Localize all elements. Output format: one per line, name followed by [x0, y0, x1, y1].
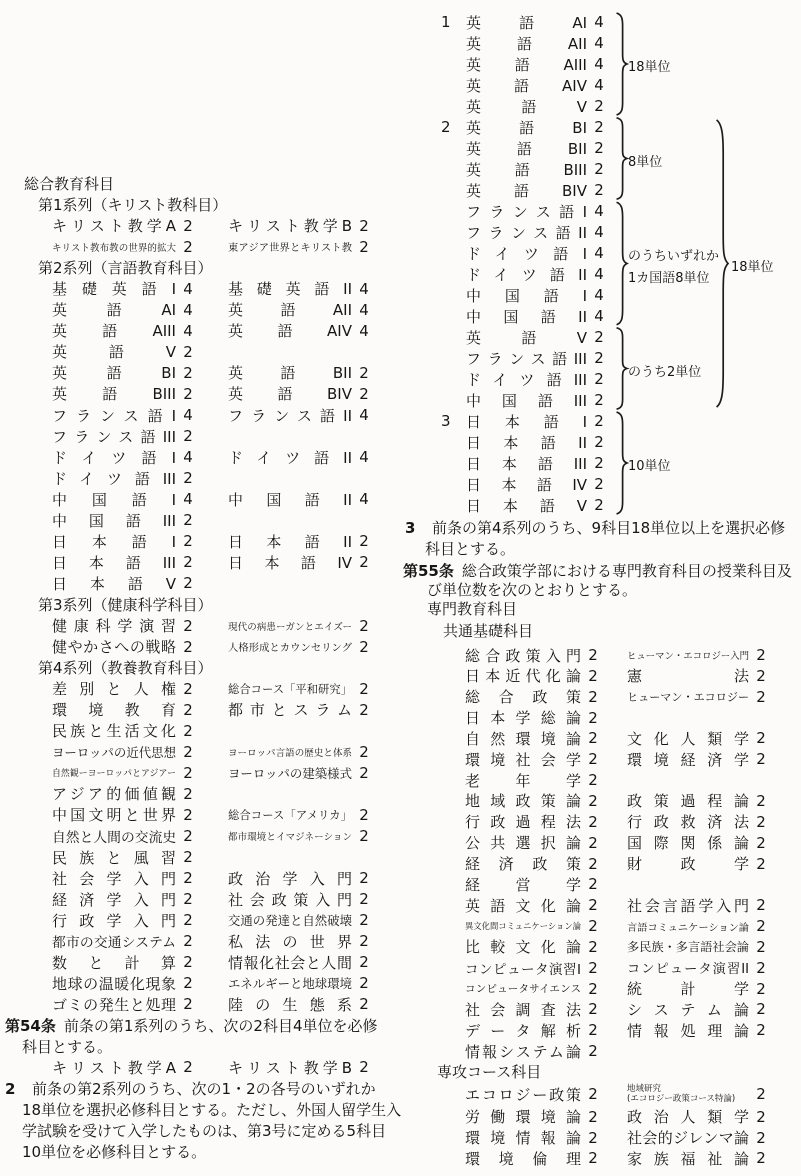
- course-row: 英語V2: [0, 341, 400, 362]
- course-name: 環境経済学: [627, 749, 749, 770]
- course-name: 環境倫理: [465, 1148, 581, 1169]
- course-credits: 2: [585, 688, 601, 706]
- course-row: コンピュータサイエンス2統計学2: [465, 978, 769, 999]
- course-credits: 2: [356, 764, 372, 782]
- course-name: 経済政策: [465, 853, 581, 874]
- course-credits: 2: [585, 1000, 601, 1018]
- item-number: 2: [441, 118, 466, 136]
- course-credits: 2: [180, 1058, 196, 1076]
- course-name: エコロジー政策: [465, 1084, 581, 1105]
- course-credits: 2: [180, 469, 196, 487]
- course-credits: 2: [591, 328, 607, 346]
- course-row: 労働環境論2政治人類学2: [465, 1106, 769, 1127]
- course-row: 中国語I4中国語II4: [0, 489, 400, 510]
- course-row: 公共選択論2国際関係論2: [465, 832, 769, 853]
- course-row: フランス語I4フランス語II4: [0, 405, 400, 426]
- course-name: ヨーロッパの近代思想: [52, 743, 176, 761]
- course-credits: 4: [591, 286, 607, 304]
- course-credits: 2: [180, 385, 196, 403]
- article-55-line: び単位数を次のとおりとする。: [427, 579, 637, 600]
- course-name: 現代の病患ーガンとエイズー: [228, 619, 352, 633]
- paragraph-2-line: 学試験を受けて入学したものは、第3号に定める5科目: [0, 1120, 400, 1141]
- course-row: フランス語II4: [441, 222, 607, 243]
- group-brace: [716, 117, 728, 410]
- course-credits: 2: [591, 496, 607, 514]
- course-row: キリスト教布教の世界的拡大2東アジア世界とキリスト教2: [0, 236, 400, 257]
- course-name: アジア的価値観: [52, 783, 176, 804]
- course-name: 比較文化論: [465, 936, 581, 957]
- course-credits: 4: [356, 322, 372, 340]
- paragraph-2-line: 18単位を選択必修科目とする。ただし、外国人留学生入: [0, 1099, 400, 1120]
- course-row: 中国語II4: [441, 306, 607, 327]
- course-row: 英語V2: [441, 96, 607, 117]
- course-name: 社会言語学入門: [627, 895, 749, 916]
- course-credits: 2: [356, 364, 372, 382]
- course-row: 日本語V2: [0, 573, 400, 594]
- course-credits: 4: [180, 406, 196, 424]
- course-name: コンピュータ演習II: [627, 958, 749, 977]
- course-name: 憲法: [627, 665, 749, 686]
- course-name: フランス語III: [466, 348, 587, 369]
- group-brace: [616, 12, 627, 116]
- course-row: 社会調査法2システム論2: [465, 999, 769, 1020]
- course-row: エコロジー政策2地域研究(エコロジー政策コース特論)2: [465, 1084, 769, 1105]
- group-brace: [616, 411, 627, 515]
- course-row: 経営学2: [465, 874, 769, 895]
- course-credits: 2: [591, 118, 607, 136]
- course-row: 環境情報論2社会的ジレンマ論2: [465, 1127, 769, 1148]
- course-row: 数と計算2情報化社会と人間2: [0, 952, 400, 973]
- course-credits: 2: [356, 532, 372, 550]
- course-credits: 2: [356, 743, 372, 761]
- course-name: 都市の交通システム: [52, 931, 176, 951]
- course-row: 健康科学演習2現代の病患ーガンとエイズー2: [0, 615, 400, 636]
- course-name: 統計学: [627, 978, 749, 999]
- course-credits: 4: [591, 55, 607, 73]
- course-name: エネルギーと地球環境: [228, 974, 352, 992]
- course-credits: 2: [753, 1000, 769, 1018]
- course-credits: 4: [356, 406, 372, 424]
- course-credits: 2: [753, 667, 769, 685]
- course-name: 英語AII: [228, 299, 352, 320]
- course-row: アジア的価値観2: [0, 783, 400, 804]
- course-credits: 2: [753, 1021, 769, 1039]
- course-name: 多民族・多言語社会論: [627, 938, 749, 955]
- course-row: フランス語I4: [441, 201, 607, 222]
- course-credits: 2: [585, 1129, 601, 1147]
- course-credits: 2: [180, 638, 196, 656]
- course-credits: 2: [591, 370, 607, 388]
- course-row: 基礎英語I4基礎英語II4: [0, 278, 400, 299]
- course-name: フランス語II: [466, 222, 587, 243]
- paragraph-2-line: 10単位を必修科目とする。: [0, 1141, 400, 1162]
- course-name: 中国文明と世界: [52, 804, 176, 825]
- course-name: 英語文化論: [465, 895, 581, 916]
- course-credits: 2: [356, 827, 372, 845]
- course-name: フランス語III: [52, 426, 176, 447]
- course-row: 英語AIII4: [441, 54, 607, 75]
- course-name: 都市環境とイマジネーション: [228, 829, 352, 843]
- course-credits: 2: [591, 475, 607, 493]
- course-credits: 2: [591, 391, 607, 409]
- course-name: 日本学総論: [465, 707, 581, 728]
- course-name: 英語V: [52, 341, 176, 362]
- course-name: キリスト教学B: [228, 1057, 352, 1078]
- course-credits: 4: [180, 322, 196, 340]
- course-row: 日本語III2日本語IV2: [0, 552, 400, 573]
- course-credits: 4: [591, 244, 607, 262]
- course-name: 地球の温暖化現象: [52, 973, 176, 994]
- course-credits: 2: [753, 917, 769, 935]
- course-credits: 2: [180, 680, 196, 698]
- course-credits: 4: [591, 76, 607, 94]
- course-name: ヒューマン・エコロジー入門: [627, 648, 749, 662]
- heading-specialized-subjects: 専門教育科目: [427, 598, 517, 619]
- course-name: 差別と人権: [52, 678, 176, 699]
- course-row: 日本語IV2: [441, 474, 607, 495]
- course-name: ヨーロッパ言語の歴史と体系: [228, 745, 352, 759]
- course-credits: 2: [585, 917, 601, 935]
- course-credits: 4: [591, 13, 607, 31]
- course-name: 総合政策: [465, 686, 581, 707]
- course-credits: 2: [585, 646, 601, 664]
- course-row: 中国語III2: [0, 510, 400, 531]
- course-name: ゴミの発生と処理: [52, 994, 176, 1015]
- course-name: フランス語I: [52, 405, 176, 426]
- course-credits: 2: [753, 729, 769, 747]
- course-name: 英語AIII: [466, 54, 587, 75]
- course-name: 英語AII: [466, 33, 587, 54]
- course-name: コンピュータ演習I: [465, 958, 581, 978]
- course-credits: 2: [753, 959, 769, 977]
- course-credits: 4: [180, 448, 196, 466]
- course-name: 家族福祉論: [627, 1148, 749, 1169]
- course-name: 東アジア世界とキリスト教: [228, 239, 352, 254]
- course-name: 英語BII: [228, 362, 352, 383]
- course-name: 基礎英語II: [228, 278, 352, 299]
- course-name: 環境社会学: [465, 749, 581, 770]
- course-name: 中国語III: [466, 390, 587, 411]
- course-name-line: (エコロジー政策コース特論): [627, 1094, 749, 1104]
- course-row: ドイツ語III2: [441, 369, 607, 390]
- course-name: 総合政策入門: [465, 645, 581, 666]
- course-name: ドイツ語I: [466, 243, 587, 264]
- article-text: 前条の第1系列のうち、次の2科目4単位を必修: [64, 1015, 378, 1036]
- course-credits: 2: [585, 1149, 601, 1167]
- course-name: ドイツ語II: [228, 447, 352, 468]
- course-credits: 2: [356, 911, 372, 929]
- course-credits: 2: [180, 343, 196, 361]
- course-row: 比較文化論2多民族・多言語社会論2: [465, 936, 769, 957]
- course-name: 異文化間コミュニケーション論: [465, 920, 581, 932]
- course-name: 健やかさへの戦略: [52, 636, 176, 657]
- group-brace: [616, 117, 627, 200]
- course-name: コンピュータサイエンス: [465, 981, 581, 996]
- course-row: 中国語III2: [441, 390, 607, 411]
- course-credits: 2: [180, 806, 196, 824]
- course-credits: 2: [180, 785, 196, 803]
- course-name: 地域研究(エコロジー政策コース特論): [627, 1084, 749, 1104]
- course-name: 日本語II: [228, 531, 352, 552]
- course-name: 私法の世界: [228, 931, 352, 952]
- course-credits: 2: [753, 1085, 769, 1103]
- heading-major-course-subjects: 専攻コース科目: [437, 1061, 541, 1082]
- course-row: 老年学2: [465, 770, 769, 791]
- course-credits: 2: [180, 617, 196, 635]
- course-row: フランス語III2: [0, 426, 400, 447]
- series-heading: 第4系列（教養教育科目）: [0, 657, 400, 678]
- course-row: 総合政策2ヒューマン・エコロジー2: [465, 686, 769, 707]
- course-row: 都市の交通システム2私法の世界2: [0, 931, 400, 952]
- course-row: 自然観ーヨーロッパとアジアー2ヨーロッパの建築様式2: [0, 762, 400, 783]
- course-row: 日本近代化論2憲法2: [465, 665, 769, 686]
- course-row: 日本学総論2: [465, 707, 769, 728]
- course-name: ヒューマン・エコロジー: [627, 689, 749, 705]
- course-name: 自然観ーヨーロッパとアジアー: [52, 766, 176, 779]
- course-credits: 2: [180, 511, 196, 529]
- course-row: 英語AI4英語AII4: [0, 299, 400, 320]
- group-credit-label: 18単位: [731, 256, 774, 275]
- course-credits: 2: [356, 238, 372, 256]
- course-credits: 4: [356, 490, 372, 508]
- series-heading: 第1系列（キリスト教科目）: [0, 194, 400, 215]
- course-credits: 2: [180, 532, 196, 550]
- course-name: 社会的ジレンマ論: [627, 1127, 749, 1148]
- course-row: 行政過程法2行政救済法2: [465, 811, 769, 832]
- course-credits: 2: [591, 412, 607, 430]
- course-row: 日本語III2: [441, 453, 607, 474]
- course-name: フランス語I: [466, 201, 587, 222]
- course-credits: 2: [591, 181, 607, 199]
- course-row: 英語AIV4: [441, 75, 607, 96]
- section-title: 総合教育科目: [0, 173, 400, 194]
- course-name: 中国語II: [466, 306, 587, 327]
- course-name: データ解析: [465, 1020, 581, 1041]
- course-row: ドイツ語III2: [0, 468, 400, 489]
- course-credits: 2: [585, 875, 601, 893]
- article-text: 総合政策学部における専門教育科目の授業科目及: [462, 560, 792, 581]
- course-name: キリスト教学A: [52, 215, 176, 236]
- course-credits: 2: [585, 1042, 601, 1060]
- group-credit-label: 18単位: [628, 56, 671, 75]
- group-credit-label: 1カ国語8単位: [628, 267, 710, 286]
- course-credits: 2: [753, 646, 769, 664]
- course-row: 英語BIII2: [441, 159, 607, 180]
- course-credits: 2: [753, 980, 769, 998]
- course-credits: 2: [180, 848, 196, 866]
- course-name: 英語V: [466, 96, 587, 117]
- course-row: 1英語AI4: [441, 12, 607, 33]
- course-name: 文化人類学: [627, 728, 749, 749]
- course-name: 中国語III: [52, 510, 176, 531]
- course-credits: 2: [753, 750, 769, 768]
- course-name: 英語BI: [466, 117, 587, 138]
- course-name: 英語BI: [52, 362, 176, 383]
- course-row: 情報システム論2: [465, 1041, 769, 1062]
- course-name: 財政学: [627, 853, 749, 874]
- course-credits: 2: [180, 953, 196, 971]
- course-name: 政治学入門: [228, 868, 352, 889]
- course-name: ドイツ語III: [52, 468, 176, 489]
- course-row: ドイツ語I4: [441, 243, 607, 264]
- course-credits: 2: [180, 911, 196, 929]
- course-name: 情報システム論: [465, 1041, 581, 1062]
- course-credits: 2: [180, 364, 196, 382]
- course-row: 環境教育2都市とスラム2: [0, 699, 400, 720]
- course-credits: 2: [591, 160, 607, 178]
- course-credits: 4: [591, 307, 607, 325]
- course-credits: 2: [356, 638, 372, 656]
- course-credits: 2: [753, 1149, 769, 1167]
- course-name: 言語コミュニケーション論: [627, 919, 749, 934]
- course-credits: 4: [591, 265, 607, 283]
- course-credits: 2: [753, 938, 769, 956]
- course-name: 民族と風習: [52, 847, 176, 868]
- course-credits: 2: [585, 667, 601, 685]
- item-number: 1: [441, 13, 466, 31]
- course-name: 英語BIII: [52, 383, 176, 404]
- course-name: 行政過程法: [465, 811, 581, 832]
- course-credits: 2: [356, 617, 372, 635]
- course-row: 2英語BI2: [441, 117, 607, 138]
- course-credits: 2: [591, 349, 607, 367]
- paragraph-3-line: 3 前条の第4系列のうち、9科目18単位以上を選択必修: [405, 517, 785, 538]
- course-credits: 4: [180, 280, 196, 298]
- course-credits: 2: [180, 574, 196, 592]
- course-name: 都市とスラム: [228, 699, 352, 720]
- paragraph-text: 前条の第4系列のうち、9科目18単位以上を選択必修: [432, 517, 785, 538]
- paragraph-3-line: 科目とする。: [425, 538, 515, 559]
- course-row: 日本語I2日本語II2: [0, 531, 400, 552]
- course-credits: 2: [356, 217, 372, 235]
- course-name: 日本語V: [52, 573, 176, 594]
- course-name: キリスト教学A: [52, 1057, 176, 1078]
- heading-common-basic-subjects: 共通基礎科目: [443, 620, 533, 641]
- course-row: 自然環境論2文化人類学2: [465, 728, 769, 749]
- course-name: 健康科学演習: [52, 615, 176, 636]
- course-row: フランス語III2: [441, 348, 607, 369]
- course-name: キリスト教布教の世界的拡大: [52, 240, 176, 254]
- course-row: 英語BII2: [441, 138, 607, 159]
- course-row: 環境社会学2環境経済学2: [465, 749, 769, 770]
- course-credits: 2: [356, 680, 372, 698]
- course-name: 総合コース「平和研究」: [228, 681, 352, 697]
- course-credits: 2: [180, 974, 196, 992]
- course-credits: 2: [585, 750, 601, 768]
- course-credits: 2: [585, 855, 601, 873]
- course-name: 経済学入門: [52, 889, 176, 910]
- course-name: 英語BIV: [466, 180, 587, 201]
- course-name: 中国語I: [52, 489, 176, 510]
- course-row: 英語AII4: [441, 33, 607, 54]
- course-credits: 2: [591, 433, 607, 451]
- course-row: 行政学入門2交通の発達と自然破壊2: [0, 910, 400, 931]
- course-name: システム論: [627, 999, 749, 1020]
- course-credits: 2: [585, 938, 601, 956]
- course-credits: 2: [356, 1058, 372, 1076]
- course-credits: 2: [585, 1021, 601, 1039]
- course-credits: 2: [591, 97, 607, 115]
- course-credits: 2: [585, 792, 601, 810]
- course-row: 経済政策2財政学2: [465, 853, 769, 874]
- course-name: 自然と人間の交流史: [52, 826, 176, 846]
- course-row: 日本語V2: [441, 495, 607, 516]
- course-credits: 2: [180, 217, 196, 235]
- course-row: ドイツ語I4ドイツ語II4: [0, 447, 400, 468]
- course-row: 日本語II2: [441, 432, 607, 453]
- course-row: 英語AIII4英語AIV4: [0, 320, 400, 341]
- article-54-line: 第54条前条の第1系列のうち、次の2科目4単位を必修: [0, 1015, 400, 1036]
- course-name: 英語V: [466, 327, 587, 348]
- course-name: 環境情報論: [465, 1127, 581, 1148]
- course-name: 英語BIII: [466, 159, 587, 180]
- course-name: 英語BIV: [228, 383, 352, 404]
- course-credits: 4: [591, 202, 607, 220]
- course-credits: 2: [753, 855, 769, 873]
- item-number: 3: [441, 412, 466, 430]
- course-credits: 2: [753, 1108, 769, 1126]
- article-number: 第54条: [5, 1015, 56, 1036]
- course-row: 民族と風習2: [0, 847, 400, 868]
- course-row: 英語BIV2: [441, 180, 607, 201]
- group-brace: [616, 201, 627, 326]
- course-name: 英語AIII: [52, 320, 176, 341]
- course-credits: 2: [356, 995, 372, 1013]
- course-row: 3日本語I2: [441, 411, 607, 432]
- course-name: 国際関係論: [627, 832, 749, 853]
- paragraph-number: 3: [405, 519, 424, 537]
- article-54-line: 科目とする。: [0, 1036, 400, 1057]
- course-credits: 2: [356, 553, 372, 571]
- course-row: 民族と生活文化2: [0, 720, 400, 741]
- course-name: 総合コース「アメリカ」: [228, 807, 352, 823]
- course-credits: 4: [180, 301, 196, 319]
- course-credits: 2: [585, 959, 601, 977]
- course-name: 人格形成とカウンセリング: [228, 639, 352, 654]
- course-row: 自然と人間の交流史2都市環境とイマジネーション2: [0, 825, 400, 846]
- group-credit-label: のうち2単位: [628, 361, 701, 380]
- course-name: 社会学入門: [52, 868, 176, 889]
- course-name: 日本語III: [466, 453, 587, 474]
- course-credits: 2: [585, 813, 601, 831]
- course-name: ドイツ語III: [466, 369, 587, 390]
- course-credits: 2: [753, 813, 769, 831]
- course-row: 英語V2: [441, 327, 607, 348]
- course-credits: 2: [356, 701, 372, 719]
- course-name: 数と計算: [52, 952, 176, 973]
- course-name: 基礎英語I: [52, 278, 176, 299]
- course-name: 日本語II: [466, 432, 587, 453]
- course-name: 中国語I: [466, 285, 587, 306]
- course-name: 日本語V: [466, 495, 587, 516]
- group-credit-label: のうちいずれか: [628, 245, 719, 264]
- course-credits: 2: [356, 890, 372, 908]
- course-credits: 4: [591, 34, 607, 52]
- course-name: 自然環境論: [465, 728, 581, 749]
- group-credit-label: 10単位: [628, 455, 671, 474]
- course-credits: 2: [180, 869, 196, 887]
- course-name: 社会調査法: [465, 999, 581, 1020]
- course-credits: 2: [585, 771, 601, 789]
- course-name: 英語AI: [466, 12, 587, 33]
- course-credits: 2: [585, 834, 601, 852]
- course-credits: 2: [180, 995, 196, 1013]
- course-row: 健やかさへの戦略2人格形成とカウンセリング2: [0, 636, 400, 657]
- course-credits: 2: [180, 890, 196, 908]
- course-name: 英語AIV: [466, 75, 587, 96]
- course-row: 英語BI2英語BII2: [0, 362, 400, 383]
- course-row: 社会学入門2政治学入門2: [0, 868, 400, 889]
